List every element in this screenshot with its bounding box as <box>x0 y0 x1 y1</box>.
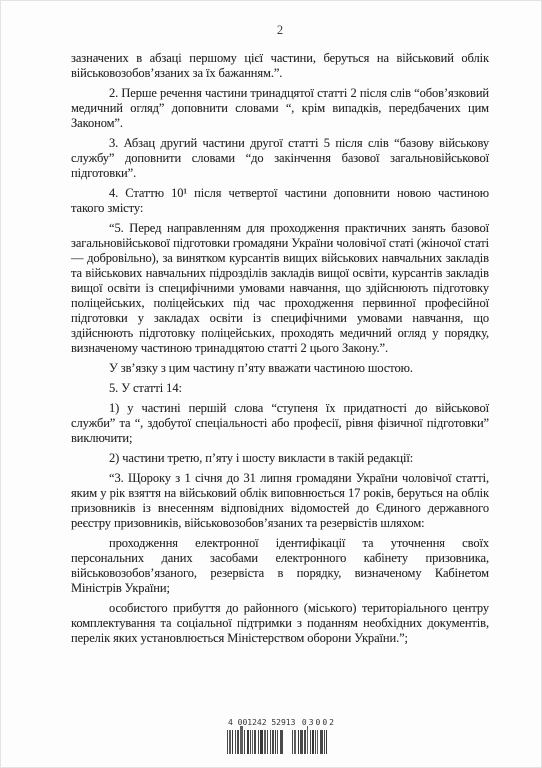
barcode-bar <box>227 730 228 754</box>
barcode-bar <box>237 730 239 754</box>
barcode-bars-left <box>227 730 284 754</box>
paragraph: У зв’язку з цим частину п’яту вважати ча… <box>71 361 489 376</box>
barcode-bar <box>244 730 245 754</box>
barcode-bar <box>277 730 278 754</box>
barcode-bar <box>294 730 296 754</box>
paragraph: 4. Статтю 10¹ після четвертої частини до… <box>71 186 489 216</box>
barcode-bar <box>258 730 259 754</box>
barcode-bar <box>312 730 314 754</box>
barcode-bar <box>280 730 283 754</box>
barcode-bar <box>270 730 271 754</box>
barcode-bar <box>310 730 311 754</box>
paragraph: 3. Абзац другий частини другої статті 5 … <box>71 136 489 181</box>
barcode-bar <box>320 730 323 754</box>
barcode-bar <box>315 730 316 754</box>
barcode-bar <box>252 730 253 754</box>
barcode-bar <box>260 730 263 754</box>
barcode-bars-image <box>227 730 335 754</box>
paragraph: 2) частини третю, п’яту і шосту викласти… <box>71 451 489 466</box>
barcode-bar <box>264 730 266 754</box>
page-number: 2 <box>71 23 489 38</box>
barcode: 4 001242 52913 03002 <box>227 718 335 754</box>
barcode-bar <box>229 730 231 754</box>
barcode-bar <box>292 730 293 754</box>
barcode-bar <box>304 730 306 754</box>
barcode-bar <box>240 726 243 754</box>
barcode-bar <box>250 730 251 754</box>
barcode-bar <box>247 730 249 754</box>
barcode-bar <box>272 730 274 754</box>
barcode-bar <box>254 730 256 754</box>
paragraph: 2. Перше речення частини тринадцятої ста… <box>71 86 489 131</box>
barcode-bar <box>232 730 233 754</box>
document-body: зазначених в абзаці першому цієї частини… <box>71 51 489 651</box>
barcode-bar <box>326 730 327 754</box>
paragraph: 1) у частині першій слова “ступеня їх пр… <box>71 401 489 446</box>
paragraph: 5. У статті 14: <box>71 381 489 396</box>
paragraph: зазначених в абзаці першому цієї частини… <box>71 51 489 81</box>
document-page: 2 зазначених в абзаці першому цієї части… <box>0 0 542 768</box>
paragraph: “5. Перед направленням для проходження п… <box>71 221 489 356</box>
barcode-bar <box>324 730 325 754</box>
barcode-bar <box>267 730 268 754</box>
barcode-digits-left: 4 001242 52913 <box>228 718 295 728</box>
paragraph: особистого прибуття до районного (місько… <box>71 601 489 646</box>
barcode-bar <box>300 730 303 754</box>
paragraph: проходження електронної ідентифікації та… <box>71 536 489 596</box>
barcode-bar <box>275 730 276 754</box>
barcode-bar <box>307 726 308 754</box>
barcode-bar <box>298 730 299 754</box>
barcode-bars-right <box>292 730 328 754</box>
barcode-bars-gap <box>284 730 292 754</box>
barcode-bar <box>235 730 236 754</box>
barcode-digits: 4 001242 52913 03002 <box>227 718 335 728</box>
barcode-bar <box>317 730 318 754</box>
paragraph: “3. Щороку з 1 січня до 31 липня громадя… <box>71 471 489 531</box>
